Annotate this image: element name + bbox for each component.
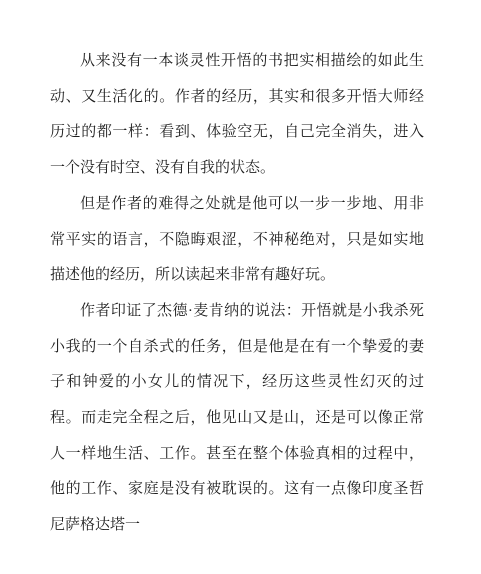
document-page: 从来没有一本谈灵性开悟的书把实相描绘的如此生动、又生活化的。作者的经历，其实和很… — [0, 0, 481, 574]
paragraph-2: 但是作者的难得之处就是他可以一步一步地、用非常平实的语言，不隐晦艰涩，不神秘绝对… — [50, 187, 424, 294]
paragraph-3: 作者印证了杰德·麦肯纳的说法：开悟就是小我杀死小我的一个自杀式的任务，但是他是在… — [50, 294, 424, 544]
paragraph-1: 从来没有一本谈灵性开悟的书把实相描绘的如此生动、又生活化的。作者的经历，其实和很… — [50, 44, 424, 187]
